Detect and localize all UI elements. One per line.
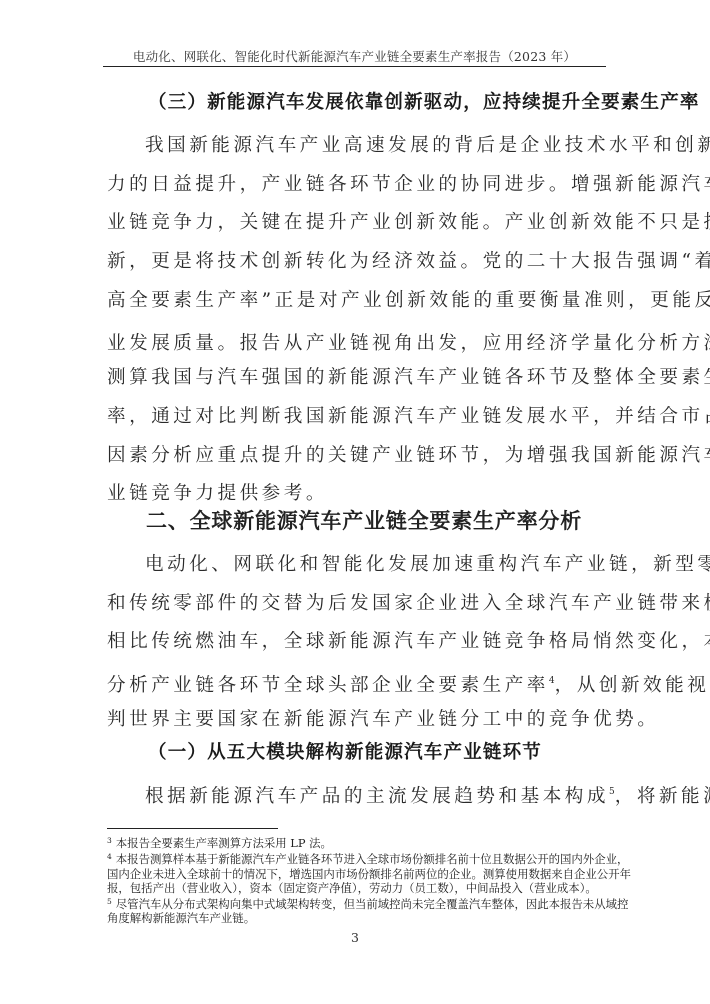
paragraph-line-with-footnote: 根据新能源汽车产品的主流发展趋势和基本构成5，将新能源汽 (107, 773, 602, 812)
paragraph-line: 力的日益提升，产业链各环节企业的协同进步。增强新能源汽车全产 (107, 166, 602, 205)
footnote-separator (107, 828, 278, 829)
paragraph-line: 测算我国与汽车强国的新能源汽车产业链各环节及整体全要素生产 (107, 359, 602, 398)
running-header: 电动化、网联化、智能化时代新能源汽车产业链全要素生产率报告（2023 年） (103, 47, 606, 65)
footnote-5-cont: 角度解构新能源汽车产业链。 (107, 911, 605, 925)
subsection-heading-3: （三）新能源汽车发展依靠创新驱动，应持续提升全要素生产率 (148, 91, 643, 115)
paragraph-line: 高全要素生产率”正是对产业创新效能的重要衡量准则，更能反映产 (107, 282, 602, 321)
paragraph-line: 新，更是将技术创新转化为经济效益。党的二十大报告强调“着力提 (107, 243, 602, 282)
paragraph-global-analysis: 电动化、网联化和智能化发展加速重构汽车产业链，新型零部件 和传统零部件的交替为后… (107, 546, 602, 739)
page-number: 3 (0, 930, 710, 945)
footnotes: 3本报告全要素生产率测算方法采用 LP 法。 4本报告测算样本基于新能源汽车产业… (107, 834, 605, 926)
footnote-text: 本报告全要素生产率测算方法采用 LP 法。 (116, 836, 332, 850)
paragraph-line: 业链竞争力，关键在提升产业创新效能。产业创新效能不只是技术创 (107, 204, 602, 243)
section-heading-2: 二、全球新能源汽车产业链全要素生产率分析 (146, 508, 641, 534)
paragraph-text: ，从创新效能视角研 (555, 675, 710, 696)
paragraph-text: 根据新能源汽车产品的主流发展趋势和基本构成 (145, 786, 609, 807)
footnote-number: 5 (107, 897, 112, 906)
paragraph-line: 我国新能源汽车产业高速发展的背后是企业技术水平和创新能 (107, 127, 602, 166)
paragraph-line: 和传统零部件的交替为后发国家企业进入全球汽车产业链带来机遇。 (107, 585, 602, 624)
footnote-number: 4 (107, 852, 112, 861)
document-page: 电动化、网联化、智能化时代新能源汽车产业链全要素生产率报告（2023 年） （三… (0, 0, 710, 1004)
footnote-text: 本报告测算样本基于新能源汽车产业链各环节进入全球市场份额排名前十位且数据公开的国… (116, 852, 629, 866)
footnote-4: 4本报告测算样本基于新能源汽车产业链各环节进入全球市场份额排名前十位且数据公开的… (107, 850, 605, 866)
footnote-number: 3 (107, 836, 112, 845)
footnote-text: 尽管汽车从分布式架构向集中式域架构转变，但当前域控尚未完全覆盖汽车整体，因此本报… (116, 897, 629, 911)
paragraph-line-with-footnote: 业发展质量。报告从产业链视角出发，应用经济学量化分析方法3， (107, 320, 602, 359)
header-rule (103, 66, 606, 67)
paragraph-text: 业发展质量。报告从产业链视角出发，应用经济学量化分析方法 (107, 333, 710, 354)
footnote-4-cont: 国内企业未进入全球前十的情况下，增选国内市场份额排名前两位的企业。测算使用数据来… (107, 867, 605, 881)
paragraph-text: 分析产业链各环节全球头部企业全要素生产率 (107, 675, 549, 696)
paragraph-line-with-footnote: 分析产业链各环节全球头部企业全要素生产率4，从创新效能视角研 (107, 662, 602, 701)
footnote-3: 3本报告全要素生产率测算方法采用 LP 法。 (107, 834, 605, 850)
subsection-heading-1: （一）从五大模块解构新能源汽车产业链环节 (148, 741, 643, 765)
footnote-5: 5尽管汽车从分布式架构向集中式域架构转变，但当前域控尚未完全覆盖汽车整体，因此本… (107, 895, 605, 911)
paragraph-text: ，将新能源汽 (615, 786, 710, 807)
paragraph-five-modules: 根据新能源汽车产品的主流发展趋势和基本构成5，将新能源汽 (107, 773, 602, 812)
paragraph-line: 相比传统燃油车，全球新能源汽车产业链竞争格局悄然变化，本报告 (107, 623, 602, 662)
paragraph-line: 电动化、网联化和智能化发展加速重构汽车产业链，新型零部件 (107, 546, 602, 585)
paragraph-line: 因素分析应重点提升的关键产业链环节，为增强我国新能源汽车全产 (107, 437, 602, 476)
paragraph-line: 率，通过对比判断我国新能源汽车产业链发展水平，并结合市占率等 (107, 398, 602, 437)
paragraph-innovation: 我国新能源汽车产业高速发展的背后是企业技术水平和创新能 力的日益提升，产业链各环… (107, 127, 602, 514)
paragraph-line: 判世界主要国家在新能源汽车产业链分工中的竞争优势。 (107, 701, 602, 740)
footnote-4-cont: 报，包括产出（营业收入），资本（固定资产净值），劳动力（员工数），中间品投入（营… (107, 881, 605, 895)
